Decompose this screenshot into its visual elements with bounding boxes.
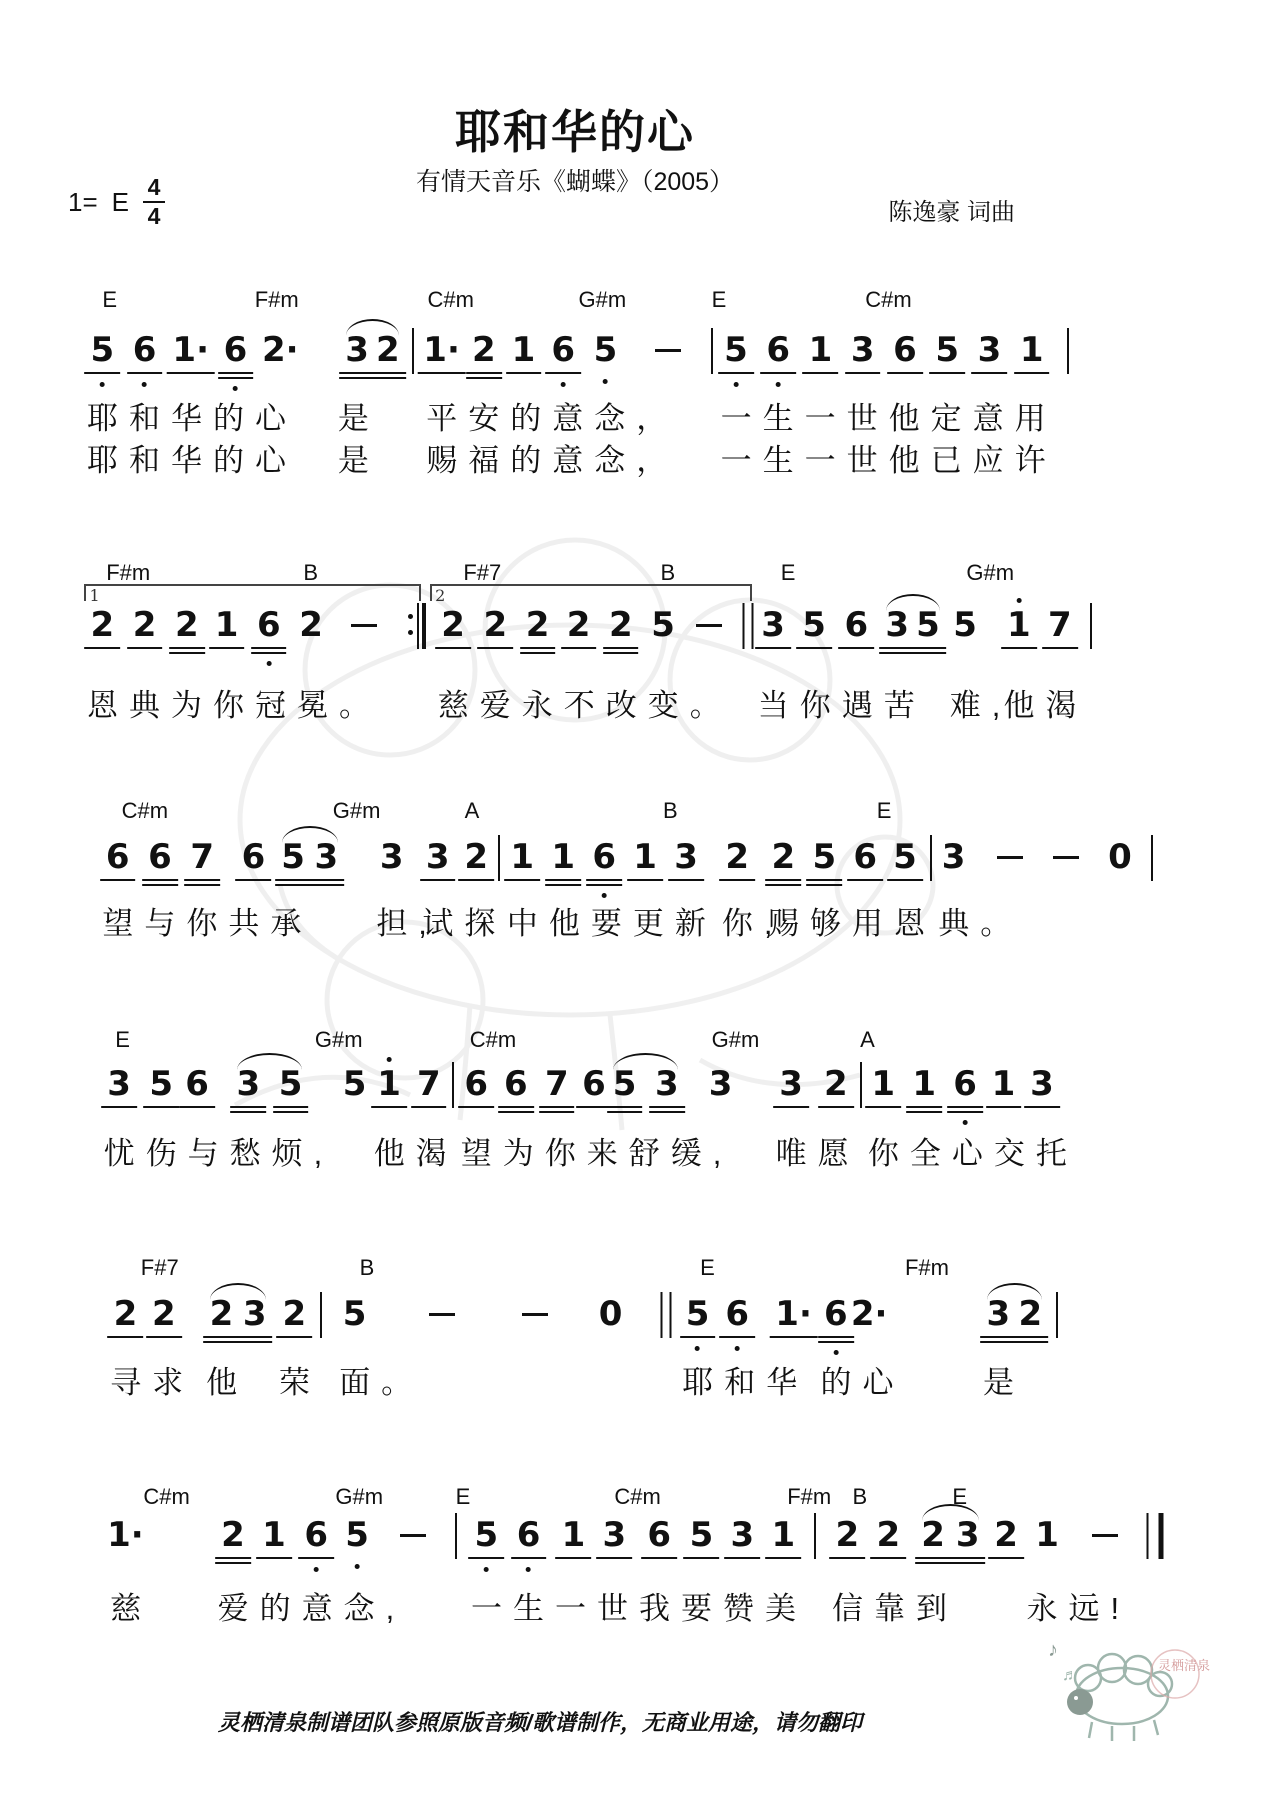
time-denominator: 4	[148, 205, 161, 228]
note-digit: 3	[978, 330, 1002, 370]
note: 5	[281, 840, 305, 874]
note-digit: 3	[731, 1515, 755, 1555]
note: 6	[551, 333, 575, 367]
sheet-page: 耶和华的心 有情天音乐《蝴蝶》（2005） 1= E 4 4 陈逸豪 词曲 EF…	[0, 0, 1280, 1810]
note: 6	[517, 1518, 541, 1552]
note-digit: 0	[599, 1294, 623, 1334]
note-digit: 1·	[107, 1515, 144, 1555]
note-digit: 3	[603, 1515, 627, 1555]
note: 2	[472, 333, 496, 367]
eighth-underline	[830, 1557, 866, 1559]
chord-label: F#m	[106, 560, 150, 586]
sixteenth-underline	[1013, 1341, 1049, 1343]
note-digit: 2·	[851, 1294, 888, 1334]
eighth-underline	[915, 1557, 951, 1559]
note: 1	[551, 840, 575, 874]
key-label: 1=	[68, 187, 98, 218]
note-digit: 1	[992, 1064, 1016, 1104]
note: 1	[512, 333, 536, 367]
eighth-underline	[142, 879, 178, 881]
eighth-underline	[755, 647, 791, 649]
note-digit: 3	[426, 837, 450, 877]
note: 1	[510, 840, 534, 874]
eighth-underline	[169, 647, 205, 649]
note-digit: 2	[994, 1515, 1018, 1555]
eighth-underline	[127, 372, 163, 374]
note: 5	[594, 333, 618, 367]
note: 6	[893, 333, 917, 367]
lyric-segment: 信靠到	[832, 1583, 958, 1628]
low-octave-dot	[735, 1346, 740, 1351]
note: 2	[836, 1518, 860, 1552]
volta-bracket: 1	[84, 584, 421, 601]
slur-arc	[886, 594, 940, 611]
note-digit: 6	[133, 330, 157, 370]
lyric-segment: 赐福的意念，	[426, 435, 678, 480]
song-title: 耶和华的心	[0, 96, 1150, 162]
chord-label: E	[102, 287, 117, 313]
eighth-underline	[458, 879, 494, 881]
lyric-segment: 耶和华的心	[87, 393, 297, 438]
note-digit: 5	[953, 605, 977, 645]
note: 6	[853, 840, 877, 874]
duration-dash	[400, 1534, 426, 1537]
chord-label: G#m	[966, 560, 1014, 586]
duration-dash	[696, 624, 722, 627]
eighth-underline	[725, 1557, 761, 1559]
note: 5	[91, 333, 115, 367]
note: 1	[262, 1518, 286, 1552]
eighth-underline	[230, 1106, 266, 1108]
lyric-segment: 平安的意念，	[426, 393, 678, 438]
sixteenth-underline	[603, 652, 639, 654]
note: 3	[426, 840, 450, 874]
low-octave-dot	[963, 1120, 968, 1125]
note: 7	[545, 1067, 569, 1101]
eighth-underline	[108, 1336, 144, 1338]
eighth-underline	[236, 879, 272, 881]
eighth-underline	[838, 647, 874, 649]
lyric-segment: 当你遇苦	[758, 680, 926, 725]
note-digit: 6	[106, 837, 130, 877]
note-digit: 5	[343, 1294, 367, 1334]
lyric-segment: 试探	[422, 898, 506, 943]
note-digit: 6	[551, 330, 575, 370]
chord-label: G#m	[315, 1027, 363, 1053]
chord-label: F#m	[787, 1484, 831, 1510]
eighth-underline	[85, 647, 121, 649]
note: 2	[772, 840, 796, 874]
note: 5	[802, 608, 826, 642]
note: 1	[1007, 608, 1031, 642]
chord-label: F#7	[141, 1255, 179, 1281]
note: 6	[257, 608, 281, 642]
eighth-underline	[275, 879, 311, 881]
slur-arc	[922, 1504, 980, 1521]
note-digit: 2	[526, 605, 550, 645]
note-digit: 1	[1035, 1515, 1059, 1555]
note-digit: 3	[315, 837, 339, 877]
note-digit: 7	[1048, 605, 1072, 645]
eighth-underline	[773, 1106, 809, 1108]
note-digit: 3	[1030, 1064, 1054, 1104]
note-digit: 5	[812, 837, 836, 877]
eighth-underline	[411, 1106, 447, 1108]
note-digit: 5	[345, 1515, 369, 1555]
note: 2	[114, 1297, 138, 1331]
eighth-underline	[627, 879, 663, 881]
lyric-segment: 一生一世他定意用	[721, 393, 1057, 438]
logo-text: 灵栖清泉	[1158, 1658, 1210, 1673]
note: 5	[651, 608, 675, 642]
eighth-underline	[603, 647, 639, 649]
note: 5	[613, 1067, 637, 1101]
eighth-underline	[85, 372, 121, 374]
note-digit: 6	[242, 837, 266, 877]
lyric-segment: 是	[983, 1357, 1025, 1402]
note-digit: 6	[953, 1064, 977, 1104]
note: 1	[992, 1067, 1016, 1101]
eighth-underline	[818, 1336, 854, 1338]
note: 3	[315, 840, 339, 874]
eighth-underline	[506, 372, 542, 374]
note: 1	[1035, 1518, 1059, 1552]
eighth-underline	[1024, 1106, 1060, 1108]
note-digit: 2·	[262, 330, 299, 370]
note-digit: 2	[824, 1064, 848, 1104]
note: 1	[912, 1067, 936, 1101]
sixteenth-underline	[806, 884, 842, 886]
note-digit: 1	[262, 1515, 286, 1555]
eighth-underline	[143, 1106, 179, 1108]
note: 2	[441, 608, 465, 642]
lyric-segment: 难,	[950, 680, 1012, 725]
slur-arc	[987, 1283, 1042, 1300]
note-digit: 2	[836, 1515, 860, 1555]
sixteenth-underline	[466, 377, 502, 379]
note-digit: 2	[876, 1515, 900, 1555]
slur-arc	[346, 319, 400, 336]
eighth-underline	[684, 1557, 720, 1559]
note: 1	[772, 1518, 796, 1552]
note: 5	[953, 608, 977, 642]
duration-dash	[1092, 1534, 1118, 1537]
barline	[711, 328, 713, 374]
note-digit: 5	[613, 1064, 637, 1104]
chord-label: B	[303, 560, 318, 586]
note-digit: 1	[772, 1515, 796, 1555]
note: 5	[149, 1067, 173, 1101]
note: 3	[243, 1297, 267, 1331]
note: 5	[724, 333, 748, 367]
note: 6	[224, 333, 248, 367]
note-digit: 2	[299, 605, 323, 645]
low-octave-dot	[733, 382, 738, 387]
note: 3	[236, 1067, 260, 1101]
low-octave-dot	[355, 1564, 360, 1569]
thin-bar	[417, 603, 419, 649]
note: 3	[987, 1297, 1011, 1331]
sixteenth-underline	[309, 884, 345, 886]
sixteenth-underline	[649, 1111, 685, 1113]
chord-label: A	[860, 1027, 875, 1053]
note: 2	[526, 608, 550, 642]
note: 1	[1020, 333, 1044, 367]
eighth-underline	[273, 1106, 309, 1108]
note-digit: 2	[175, 605, 199, 645]
note-digit: 2	[772, 837, 796, 877]
lyric-segment: 慈爱永不改变。	[438, 680, 732, 725]
duration-dash	[655, 349, 681, 352]
chord-label: F#m	[905, 1255, 949, 1281]
eighth-underline	[179, 1106, 215, 1108]
note-digit: 1·	[172, 330, 209, 370]
note-digit: 2	[91, 605, 115, 645]
note-digit: 6	[582, 1064, 606, 1104]
eighth-underline	[478, 647, 514, 649]
note: 5	[345, 1518, 369, 1552]
note: 2	[1019, 1297, 1043, 1331]
final-barline	[1146, 1513, 1163, 1559]
note-digit: 2	[921, 1515, 945, 1555]
eighth-underline	[769, 1336, 818, 1338]
barline	[1151, 835, 1153, 881]
sixteenth-underline	[230, 1111, 266, 1113]
eighth-underline	[719, 1336, 755, 1338]
lyric-segment: 望与你共承	[102, 898, 312, 943]
eighth-underline	[668, 879, 704, 881]
note: 7	[190, 840, 214, 874]
note-digit: 6	[853, 837, 877, 877]
chord-label: G#m	[333, 798, 381, 824]
note-digit: 3	[942, 837, 966, 877]
volta-bracket: 2	[430, 584, 751, 601]
note-digit: 3	[761, 605, 785, 645]
note-digit: 5	[149, 1064, 173, 1104]
note: 2	[609, 608, 633, 642]
eighth-underline	[972, 372, 1008, 374]
eighth-underline	[806, 879, 842, 881]
eighth-underline	[204, 1336, 240, 1338]
high-octave-dot	[1016, 598, 1021, 603]
note: 6	[766, 333, 790, 367]
eighth-underline	[950, 1557, 986, 1559]
note-digit: 6	[224, 330, 248, 370]
chord-label: B	[660, 560, 675, 586]
chord-label: C#m	[122, 798, 168, 824]
note-digit: 6	[844, 605, 868, 645]
note-digit: 5	[690, 1515, 714, 1555]
note: 2	[133, 608, 157, 642]
eighth-underline	[417, 372, 466, 374]
note: 2	[210, 1297, 234, 1331]
duration-dash	[997, 856, 1023, 859]
note: 6	[953, 1067, 977, 1101]
sixteenth-underline	[275, 884, 311, 886]
lyric-segment: 他渴	[374, 1128, 458, 1173]
eighth-underline	[277, 1336, 313, 1338]
lyric-segment: 荣	[279, 1357, 321, 1402]
lyric-segment: 一生一世我要赞美	[471, 1583, 807, 1628]
chord-label: C#m	[428, 287, 474, 313]
volta-number: 2	[435, 586, 445, 605]
note-digit: 3	[243, 1294, 267, 1334]
volta-number: 1	[89, 586, 99, 605]
note-digit: 6	[517, 1515, 541, 1555]
note-digit: 0	[1108, 837, 1132, 877]
note-digit: 3	[885, 605, 909, 645]
note: 6	[725, 1297, 749, 1331]
note: 6	[647, 1518, 671, 1552]
eighth-underline	[586, 879, 622, 881]
eighth-underline	[680, 1336, 716, 1338]
time-numerator: 4	[148, 176, 161, 199]
note: 6	[148, 840, 172, 874]
note: 5	[916, 608, 940, 642]
note-digit: 3	[709, 1064, 733, 1104]
rest-note: 0	[1108, 840, 1132, 874]
note-digit: 2	[221, 1515, 245, 1555]
eighth-underline	[641, 1557, 677, 1559]
slur-arc	[210, 1283, 266, 1300]
eighth-underline	[561, 647, 597, 649]
eighth-underline	[1013, 1336, 1049, 1338]
note: 6	[582, 1067, 606, 1101]
note: 2	[876, 1518, 900, 1552]
low-octave-dot	[603, 379, 608, 384]
eighth-underline	[166, 372, 215, 374]
note: 1	[633, 840, 657, 874]
note-digit: 3	[236, 1064, 260, 1104]
eighth-underline	[607, 1106, 643, 1108]
note: 3	[709, 1067, 733, 1101]
sixteenth-underline	[906, 1111, 942, 1113]
note: 2	[152, 1297, 176, 1331]
note: 2	[299, 608, 323, 642]
note-digit: 6	[185, 1064, 209, 1104]
double-barline	[742, 603, 753, 649]
sixteenth-underline	[607, 1111, 643, 1113]
eighth-underline	[556, 1557, 592, 1559]
footer-note: 灵栖清泉制谱团队参照原版音频/歌谱制作，无商业用途，请勿翻印	[0, 1706, 1080, 1737]
lyric-segment: 寻求	[110, 1357, 194, 1402]
repeat-dot	[408, 630, 413, 635]
barline	[1056, 1292, 1058, 1338]
note: 2	[921, 1518, 945, 1552]
lyric-segment: 耶和华的心	[87, 435, 297, 480]
note-digit: 5	[686, 1294, 710, 1334]
lyric-segment: 面。	[339, 1357, 423, 1402]
lyric-segment: 中他要更新	[507, 898, 717, 943]
note: 6	[464, 1067, 488, 1101]
note: 1·	[423, 333, 460, 367]
lyric-segment: 是	[338, 393, 380, 438]
eighth-underline	[498, 1106, 534, 1108]
note: 1	[562, 1518, 586, 1552]
sixteenth-underline	[370, 377, 406, 379]
note: 5	[690, 1518, 714, 1552]
sixteenth-underline	[520, 652, 556, 654]
note-digit: 2	[567, 605, 591, 645]
note: 7	[1048, 608, 1072, 642]
barline	[860, 1062, 862, 1108]
lyric-segment: 望为你来舒缓,	[461, 1128, 733, 1173]
lyric-segment: 典。	[938, 898, 1022, 943]
note: 6	[844, 608, 868, 642]
note: 6	[824, 1297, 848, 1331]
note-digit: 7	[190, 837, 214, 877]
eighth-underline	[766, 879, 802, 881]
chord-label: B	[852, 1484, 867, 1510]
note: 2	[175, 608, 199, 642]
sixteenth-underline	[947, 1111, 983, 1113]
eighth-underline	[504, 879, 540, 881]
note-digit: 3	[674, 837, 698, 877]
eighth-underline	[466, 372, 502, 374]
lyric-segment: 耶和华	[682, 1357, 808, 1402]
note-digit: 6	[304, 1515, 328, 1555]
eighth-underline	[718, 372, 754, 374]
eighth-underline	[511, 1557, 547, 1559]
high-octave-dot	[387, 1057, 392, 1062]
double-barline	[660, 1292, 671, 1338]
note-digit: 5	[916, 605, 940, 645]
note: 5	[343, 1067, 367, 1101]
chord-label: E	[877, 798, 892, 824]
chord-label: B	[663, 798, 678, 824]
eighth-underline	[929, 372, 965, 374]
eighth-underline	[803, 372, 839, 374]
note: 2	[484, 608, 508, 642]
sixteenth-underline	[169, 652, 205, 654]
note: 3	[761, 608, 785, 642]
barline	[814, 1513, 816, 1559]
note: 6	[504, 1067, 528, 1101]
eighth-underline	[1014, 372, 1050, 374]
sixteenth-underline	[539, 1111, 575, 1113]
note: 3	[851, 333, 875, 367]
key-signature: 1= E 4 4	[68, 176, 165, 228]
note-digit: 6	[148, 837, 172, 877]
note-digit: 2	[376, 330, 400, 370]
eighth-underline	[796, 647, 832, 649]
note-digit: 2	[484, 605, 508, 645]
sixteenth-underline	[273, 1111, 309, 1113]
eighth-underline	[818, 1106, 854, 1108]
slur-arc	[613, 1053, 678, 1070]
eighth-underline	[910, 647, 946, 649]
note: 3	[885, 608, 909, 642]
eighth-underline	[539, 1106, 575, 1108]
sixteenth-underline	[218, 377, 254, 379]
note-digit: 2	[441, 605, 465, 645]
sixteenth-underline	[215, 1562, 251, 1564]
eighth-underline	[845, 372, 881, 374]
note: 2	[994, 1518, 1018, 1552]
sixteenth-underline	[818, 1341, 854, 1343]
note: 3	[956, 1518, 980, 1552]
sixteenth-underline	[142, 884, 178, 886]
note: 1	[215, 608, 239, 642]
music-note-icon: ♬	[1062, 1667, 1078, 1684]
note-digit: 1·	[775, 1294, 812, 1334]
low-octave-dot	[266, 661, 271, 666]
lyric-segment: 慈	[110, 1583, 152, 1628]
note-digit: 3	[380, 837, 404, 877]
eighth-underline	[256, 1557, 292, 1559]
low-octave-dot	[776, 382, 781, 387]
slur-arc	[237, 1053, 302, 1070]
